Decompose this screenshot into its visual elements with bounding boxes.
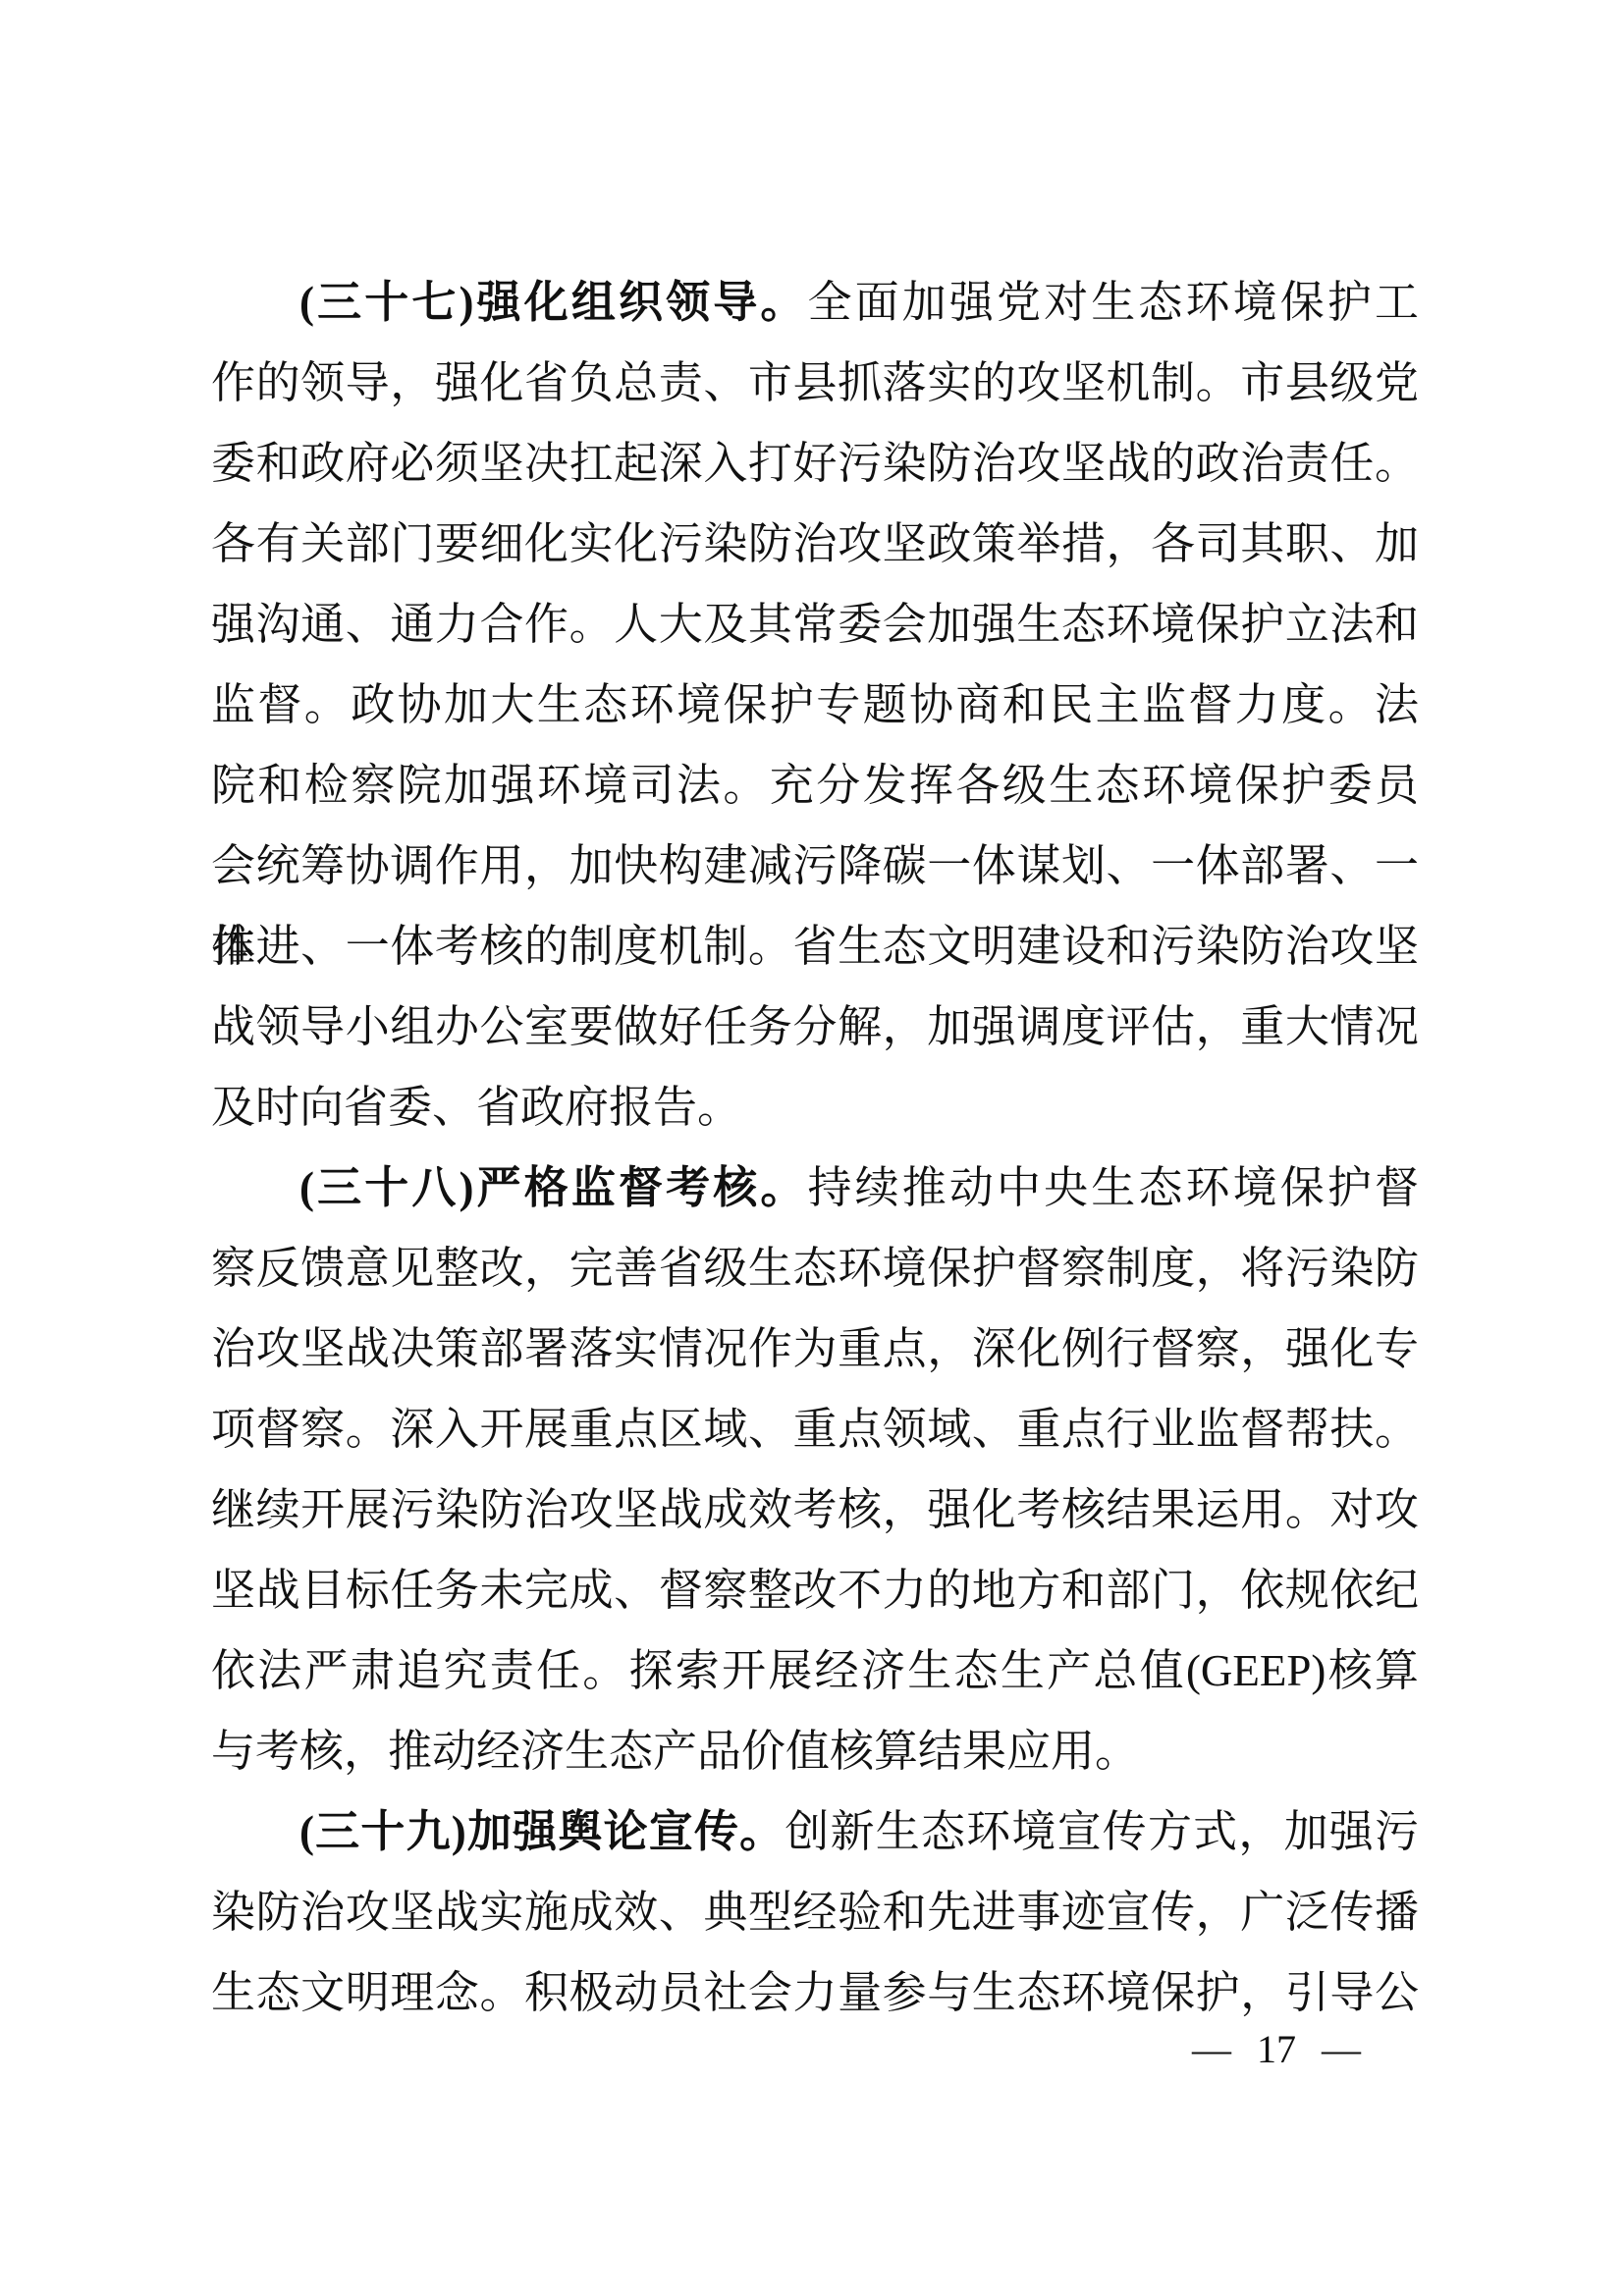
text-line: (三十九)加强舆论宣传。创新生态环境宣传方式，加强污 — [211, 1791, 1419, 1872]
text-line: (三十八)严格监督考核。持续推动中央生态环境保护督 — [211, 1148, 1419, 1228]
text-line: 坚战目标任务未完成、督察整改不力的地方和部门，依规依纪 — [211, 1550, 1419, 1630]
text-line: 监督。政协加大生态环境保护专题协商和民主监督力度。法 — [211, 665, 1419, 745]
text-line: 作的领导，强化省负总责、市县抓落实的攻坚机制。市县级党 — [211, 343, 1419, 423]
line-text: 委和政府必须坚决扛起深入打好污染防治攻坚战的政治责任。 — [211, 439, 1419, 488]
line-text: 院和检察院加强环境司法。充分发挥各级生态环境保护委员 — [211, 761, 1419, 810]
document-page: (三十七)强化组织领导。全面加强党对生态环境保护工 作的领导，强化省负总责、市县… — [0, 0, 1624, 2296]
text-line: 染防治攻坚战实施成效、典型经验和先进事迹宣传，广泛传播 — [211, 1872, 1419, 1952]
line-text: 依法严肃追究责任。探索开展经济生态生产总值(GEEP)核算 — [211, 1646, 1419, 1695]
text-line: 察反馈意见整改，完善省级生态环境保护督察制度，将污染防 — [211, 1228, 1419, 1308]
page-number: — 17 — — [1129, 2018, 1424, 2081]
text-line: 继续开展污染防治攻坚战成效考核，强化考核结果运用。对攻 — [211, 1469, 1419, 1550]
text-line: 各有关部门要细化实化污染防治攻坚政策举措，各司其职、加 — [211, 504, 1419, 584]
text-block: (三十七)强化组织领导。全面加强党对生态环境保护工 作的领导，强化省负总责、市县… — [211, 262, 1419, 2033]
line-text: 战领导小组办公室要做好任务分解，加强调度评估，重大情况 — [211, 1002, 1419, 1051]
line-text: 推进、一体考核的制度机制。省生态文明建设和污染防治攻坚 — [211, 922, 1419, 971]
text-line: 委和政府必须坚决扛起深入打好污染防治攻坚战的政治责任。 — [211, 423, 1419, 504]
line-text: 继续开展污染防治攻坚战成效考核，强化考核结果运用。对攻 — [211, 1485, 1419, 1534]
line-text: 作的领导，强化省负总责、市县抓落实的攻坚机制。市县级党 — [211, 358, 1419, 407]
line-text: 生态文明理念。积极动员社会力量参与生态环境保护，引导公 — [211, 1968, 1419, 2017]
line-text: 及时向省委、省政府报告。 — [211, 1083, 741, 1132]
text-line: 会统筹协调作用，加快构建减污降碳一体谋划、一体部署、一体 — [211, 826, 1419, 906]
text-line: (三十七)强化组织领导。全面加强党对生态环境保护工 — [211, 262, 1419, 343]
line-text: 监督。政协加大生态环境保护专题协商和民主监督力度。法 — [211, 680, 1419, 729]
line-text: 坚战目标任务未完成、督察整改不力的地方和部门，依规依纪 — [211, 1566, 1419, 1615]
text-line: 治攻坚战决策部署落实情况作为重点，深化例行督察，强化专 — [211, 1308, 1419, 1389]
line-text: 染防治攻坚战实施成效、典型经验和先进事迹宣传，广泛传播 — [211, 1888, 1419, 1937]
line-text: 各有关部门要细化实化污染防治攻坚政策举措，各司其职、加 — [211, 519, 1419, 568]
section-heading-37: (三十七)强化组织领导。 — [299, 278, 807, 327]
text-line: 项督察。深入开展重点区域、重点领域、重点行业监督帮扶。 — [211, 1389, 1419, 1469]
line-text: 创新生态环境宣传方式，加强污 — [785, 1807, 1419, 1856]
line-text: 强沟通、通力合作。人大及其常委会加强生态环境保护立法和 — [211, 600, 1419, 649]
line-text: 与考核，推动经济生态产品价值核算结果应用。 — [211, 1727, 1139, 1776]
line-text: 全面加强党对生态环境保护工 — [807, 278, 1419, 327]
line-text: 持续推动中央生态环境保护督 — [807, 1163, 1419, 1212]
text-line: 推进、一体考核的制度机制。省生态文明建设和污染防治攻坚 — [211, 906, 1419, 987]
line-text: 察反馈意见整改，完善省级生态环境保护督察制度，将污染防 — [211, 1244, 1419, 1293]
text-line: 院和检察院加强环境司法。充分发挥各级生态环境保护委员 — [211, 745, 1419, 826]
line-text: 治攻坚战决策部署落实情况作为重点，深化例行督察，强化专 — [211, 1324, 1419, 1373]
line-text: 项督察。深入开展重点区域、重点领域、重点行业监督帮扶。 — [211, 1405, 1419, 1454]
text-line: 战领导小组办公室要做好任务分解，加强调度评估，重大情况 — [211, 987, 1419, 1067]
text-line: 依法严肃追究责任。探索开展经济生态生产总值(GEEP)核算 — [211, 1630, 1419, 1711]
text-line: 强沟通、通力合作。人大及其常委会加强生态环境保护立法和 — [211, 584, 1419, 665]
text-line: 及时向省委、省政府报告。 — [211, 1067, 1419, 1148]
section-heading-38: (三十八)严格监督考核。 — [299, 1163, 807, 1212]
text-line: 与考核，推动经济生态产品价值核算结果应用。 — [211, 1711, 1419, 1791]
section-heading-39: (三十九)加强舆论宣传。 — [299, 1807, 785, 1856]
